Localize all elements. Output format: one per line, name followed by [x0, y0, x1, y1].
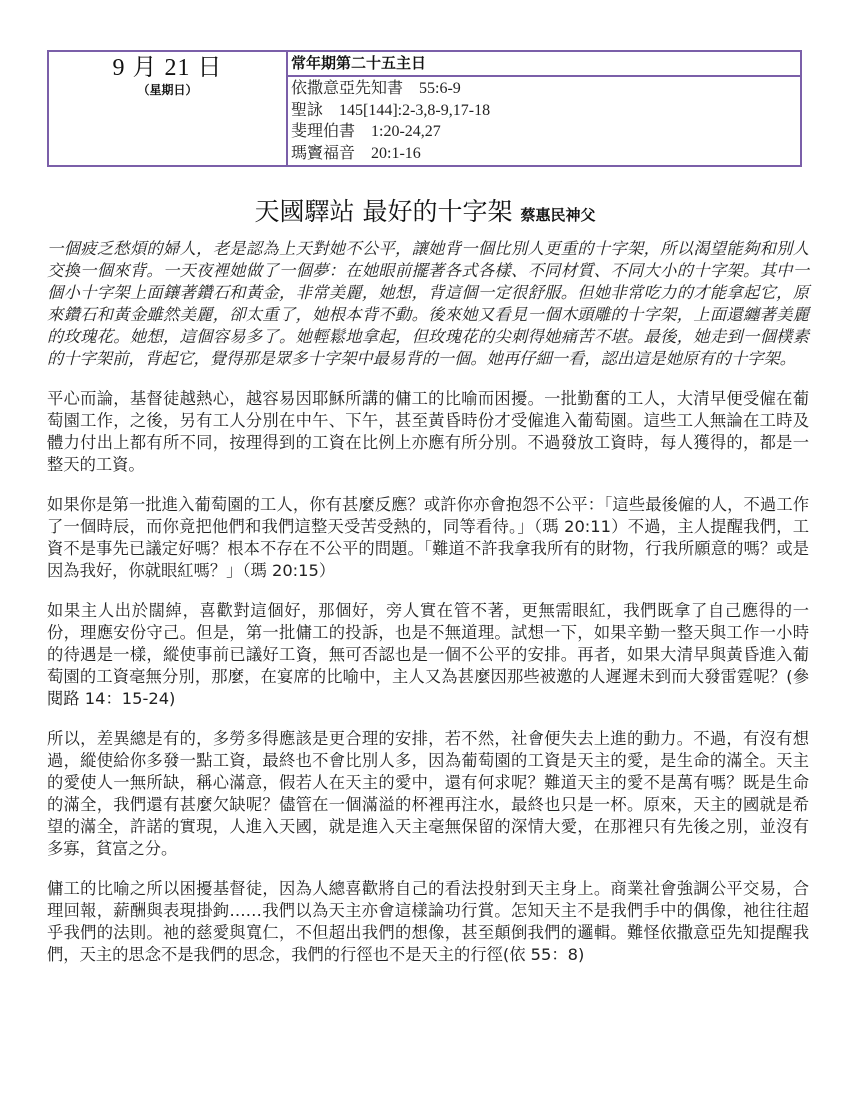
date: 9 月 21 日: [49, 54, 286, 82]
paragraph: 傭工的比喻之所以困擾基督徒，因為人總喜歡將自己的看法投射到天主身上。商業社會強調…: [47, 878, 809, 966]
article-title: 天國驛站 最好的十字架: [255, 197, 513, 226]
article-body: 一個疲乏愁煩的婦人，老是認為上天對她不公平，讓她背一個比別人更重的十字架，所以渴…: [47, 238, 809, 984]
weekday: （星期日）: [49, 82, 286, 98]
readings-cell: 常年期第二十五主日 依撒意亞先知書 55:6-9 聖詠 145[144]:2-3…: [288, 52, 800, 165]
reading-psalm: 聖詠 145[144]:2-3,8-9,17-18: [291, 100, 800, 122]
sunday-title: 常年期第二十五主日: [288, 52, 800, 77]
reading-gospel: 瑪竇福音 20:1-16: [291, 143, 800, 165]
article-title-row: 天國驛站 最好的十字架蔡惠民神父: [0, 192, 850, 228]
reading-second: 斐理伯書 1:20-24,27: [291, 121, 800, 143]
paragraph-story: 一個疲乏愁煩的婦人，老是認為上天對她不公平，讓她背一個比別人更重的十字架，所以渴…: [47, 238, 809, 370]
readings-list: 依撒意亞先知書 55:6-9 聖詠 145[144]:2-3,8-9,17-18…: [288, 77, 800, 164]
paragraph: 如果你是第一批進入葡萄園的工人，你有甚麼反應？或許你亦會抱怨不公平：「這些最後僱…: [47, 494, 809, 582]
article-author: 蔡惠民神父: [520, 206, 595, 224]
liturgy-header-table: 9 月 21 日 （星期日） 常年期第二十五主日 依撒意亞先知書 55:6-9 …: [47, 50, 802, 167]
paragraph: 如果主人出於闊綽，喜歡對這個好，那個好，旁人實在管不著，更無需眼紅，我們既拿了自…: [47, 600, 809, 710]
reading-first: 依撒意亞先知書 55:6-9: [291, 78, 800, 100]
date-cell: 9 月 21 日 （星期日）: [49, 52, 288, 165]
paragraph: 所以，差異總是有的，多勞多得應該是更合理的安排，若不然，社會便失去上進的動力。不…: [47, 728, 809, 860]
paragraph: 平心而論，基督徒越熱心，越容易因耶穌所講的傭工的比喻而困擾。一批勤奮的工人，大清…: [47, 388, 809, 476]
